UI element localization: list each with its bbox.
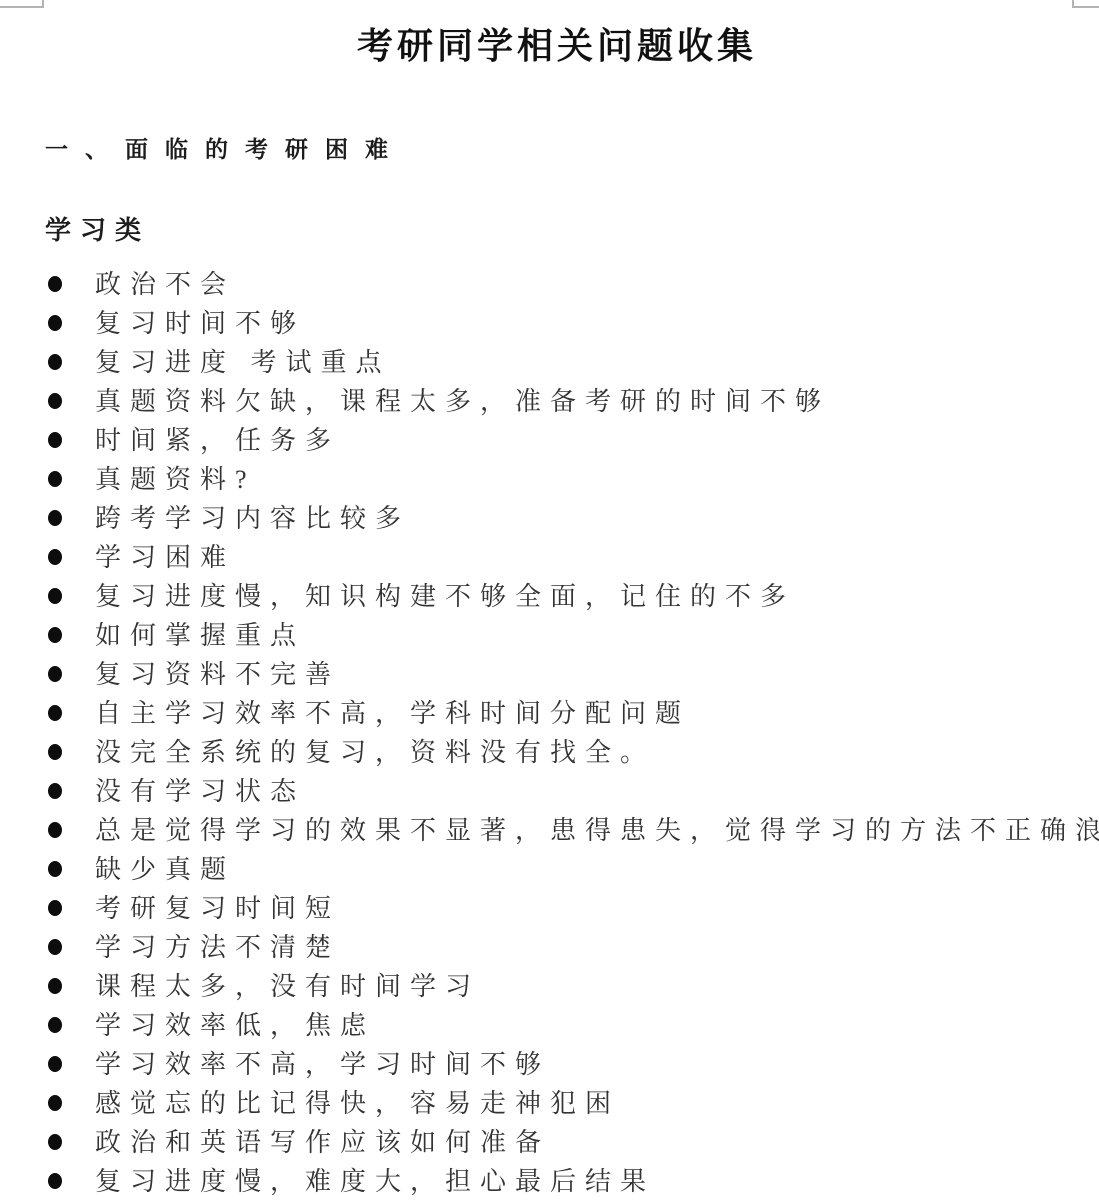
list-item-text: 学习效率低，焦虑 <box>95 1011 375 1039</box>
list-item-text: 总是觉得学习的效果不显著，患得患失，觉得学习的方法不正确浪费时间 <box>95 816 1099 844</box>
text-boundary-corner-mark-left <box>0 0 44 8</box>
list-item: 复习资料不完善 <box>45 654 1055 693</box>
list-item-text: 考研复习时间短 <box>95 894 340 922</box>
list-item: 复习时间不够 <box>45 303 1055 342</box>
list-item-text: 复习进度慢，难度大，担心最后结果 <box>95 1167 655 1195</box>
list-item: 政治和英语写作应该如何准备 <box>45 1122 1055 1161</box>
list-item: 考研复习时间短 <box>45 888 1055 927</box>
list-item: 跨考学习内容比较多 <box>45 498 1055 537</box>
bullet-icon <box>48 744 62 760</box>
bullet-icon <box>48 939 62 955</box>
list-item-text: 复习进度 考试重点 <box>95 348 391 376</box>
list-item-text: 复习进度慢，知识构建不够全面，记住的不多 <box>95 582 795 610</box>
bullet-icon <box>48 1173 62 1189</box>
document-page: 考研同学相关问题收集 一、面临的考研困难 学习类 政治不会复习时间不够复习进度 … <box>0 0 1099 1202</box>
bullet-icon <box>48 666 62 682</box>
bullet-icon <box>48 510 62 526</box>
list-item-text: 复习资料不完善 <box>95 660 340 688</box>
list-item: 没完全系统的复习，资料没有找全。 <box>45 732 1055 771</box>
document-content: 考研同学相关问题收集 一、面临的考研困难 学习类 政治不会复习时间不够复习进度 … <box>0 0 1099 1200</box>
list-item-text: 政治和英语写作应该如何准备 <box>95 1128 550 1156</box>
list-item-text: 学习困难 <box>95 543 235 571</box>
bullet-icon <box>48 354 62 370</box>
bullet-icon <box>48 549 62 565</box>
bullet-icon <box>48 900 62 916</box>
list-item: 学习方法不清楚 <box>45 927 1055 966</box>
list-item: 学习效率不高，学习时间不够 <box>45 1044 1055 1083</box>
list-item: 复习进度 考试重点 <box>45 342 1055 381</box>
list-item: 缺少真题 <box>45 849 1055 888</box>
list-item-text: 如何掌握重点 <box>95 621 305 649</box>
list-item: 复习进度慢，难度大，担心最后结果 <box>45 1161 1055 1200</box>
list-item-text: 跨考学习内容比较多 <box>95 504 410 532</box>
list-item-text: 没完全系统的复习，资料没有找全。 <box>95 738 655 766</box>
difficulty-list: 政治不会复习时间不够复习进度 考试重点真题资料欠缺，课程太多，准备考研的时间不够… <box>45 264 1055 1200</box>
section-heading: 一、面临的考研困难 <box>45 131 1055 164</box>
list-item: 感觉忘的比记得快，容易走神犯困 <box>45 1083 1055 1122</box>
list-item-text: 自主学习效率不高，学科时间分配问题 <box>95 699 690 727</box>
list-item: 没有学习状态 <box>45 771 1055 810</box>
bullet-icon <box>48 705 62 721</box>
list-item-text: 学习效率不高，学习时间不够 <box>95 1050 550 1078</box>
list-item-text: 感觉忘的比记得快，容易走神犯困 <box>95 1089 620 1117</box>
bullet-icon <box>48 822 62 838</box>
list-item: 课程太多，没有时间学习 <box>45 966 1055 1005</box>
list-item-text: 复习时间不够 <box>95 309 305 337</box>
text-boundary-corner-mark-right <box>1072 0 1099 8</box>
list-item-text: 课程太多，没有时间学习 <box>95 972 480 1000</box>
list-item: 真题资料? <box>45 459 1055 498</box>
bullet-icon <box>48 978 62 994</box>
list-item-text: 真题资料? <box>95 465 256 493</box>
document-title: 考研同学相关问题收集 <box>45 18 1055 69</box>
bullet-icon <box>48 1017 62 1033</box>
list-item: 如何掌握重点 <box>45 615 1055 654</box>
list-item-text: 学习方法不清楚 <box>95 933 340 961</box>
bullet-icon <box>48 1095 62 1111</box>
bullet-icon <box>48 471 62 487</box>
list-item: 复习进度慢，知识构建不够全面，记住的不多 <box>45 576 1055 615</box>
list-item-text: 缺少真题 <box>95 855 235 883</box>
bullet-icon <box>48 588 62 604</box>
bullet-icon <box>48 627 62 643</box>
list-item: 学习困难 <box>45 537 1055 576</box>
list-item-text: 没有学习状态 <box>95 777 305 805</box>
list-item: 自主学习效率不高，学科时间分配问题 <box>45 693 1055 732</box>
list-item: 时间紧，任务多 <box>45 420 1055 459</box>
list-item-text: 真题资料欠缺，课程太多，准备考研的时间不够 <box>95 387 830 415</box>
bullet-icon <box>48 276 62 292</box>
bullet-icon <box>48 1134 62 1150</box>
subsection-heading: 学习类 <box>45 210 1055 247</box>
bullet-icon <box>48 315 62 331</box>
bullet-icon <box>48 432 62 448</box>
list-item-text: 政治不会 <box>95 270 235 298</box>
list-item-text: 时间紧，任务多 <box>95 426 340 454</box>
bullet-icon <box>48 1056 62 1072</box>
bullet-icon <box>48 861 62 877</box>
bullet-icon <box>48 783 62 799</box>
list-item: 总是觉得学习的效果不显著，患得患失，觉得学习的方法不正确浪费时间 <box>45 810 1055 849</box>
list-item: 学习效率低，焦虑 <box>45 1005 1055 1044</box>
list-item: 政治不会 <box>45 264 1055 303</box>
list-item: 真题资料欠缺，课程太多，准备考研的时间不够 <box>45 381 1055 420</box>
bullet-icon <box>48 393 62 409</box>
